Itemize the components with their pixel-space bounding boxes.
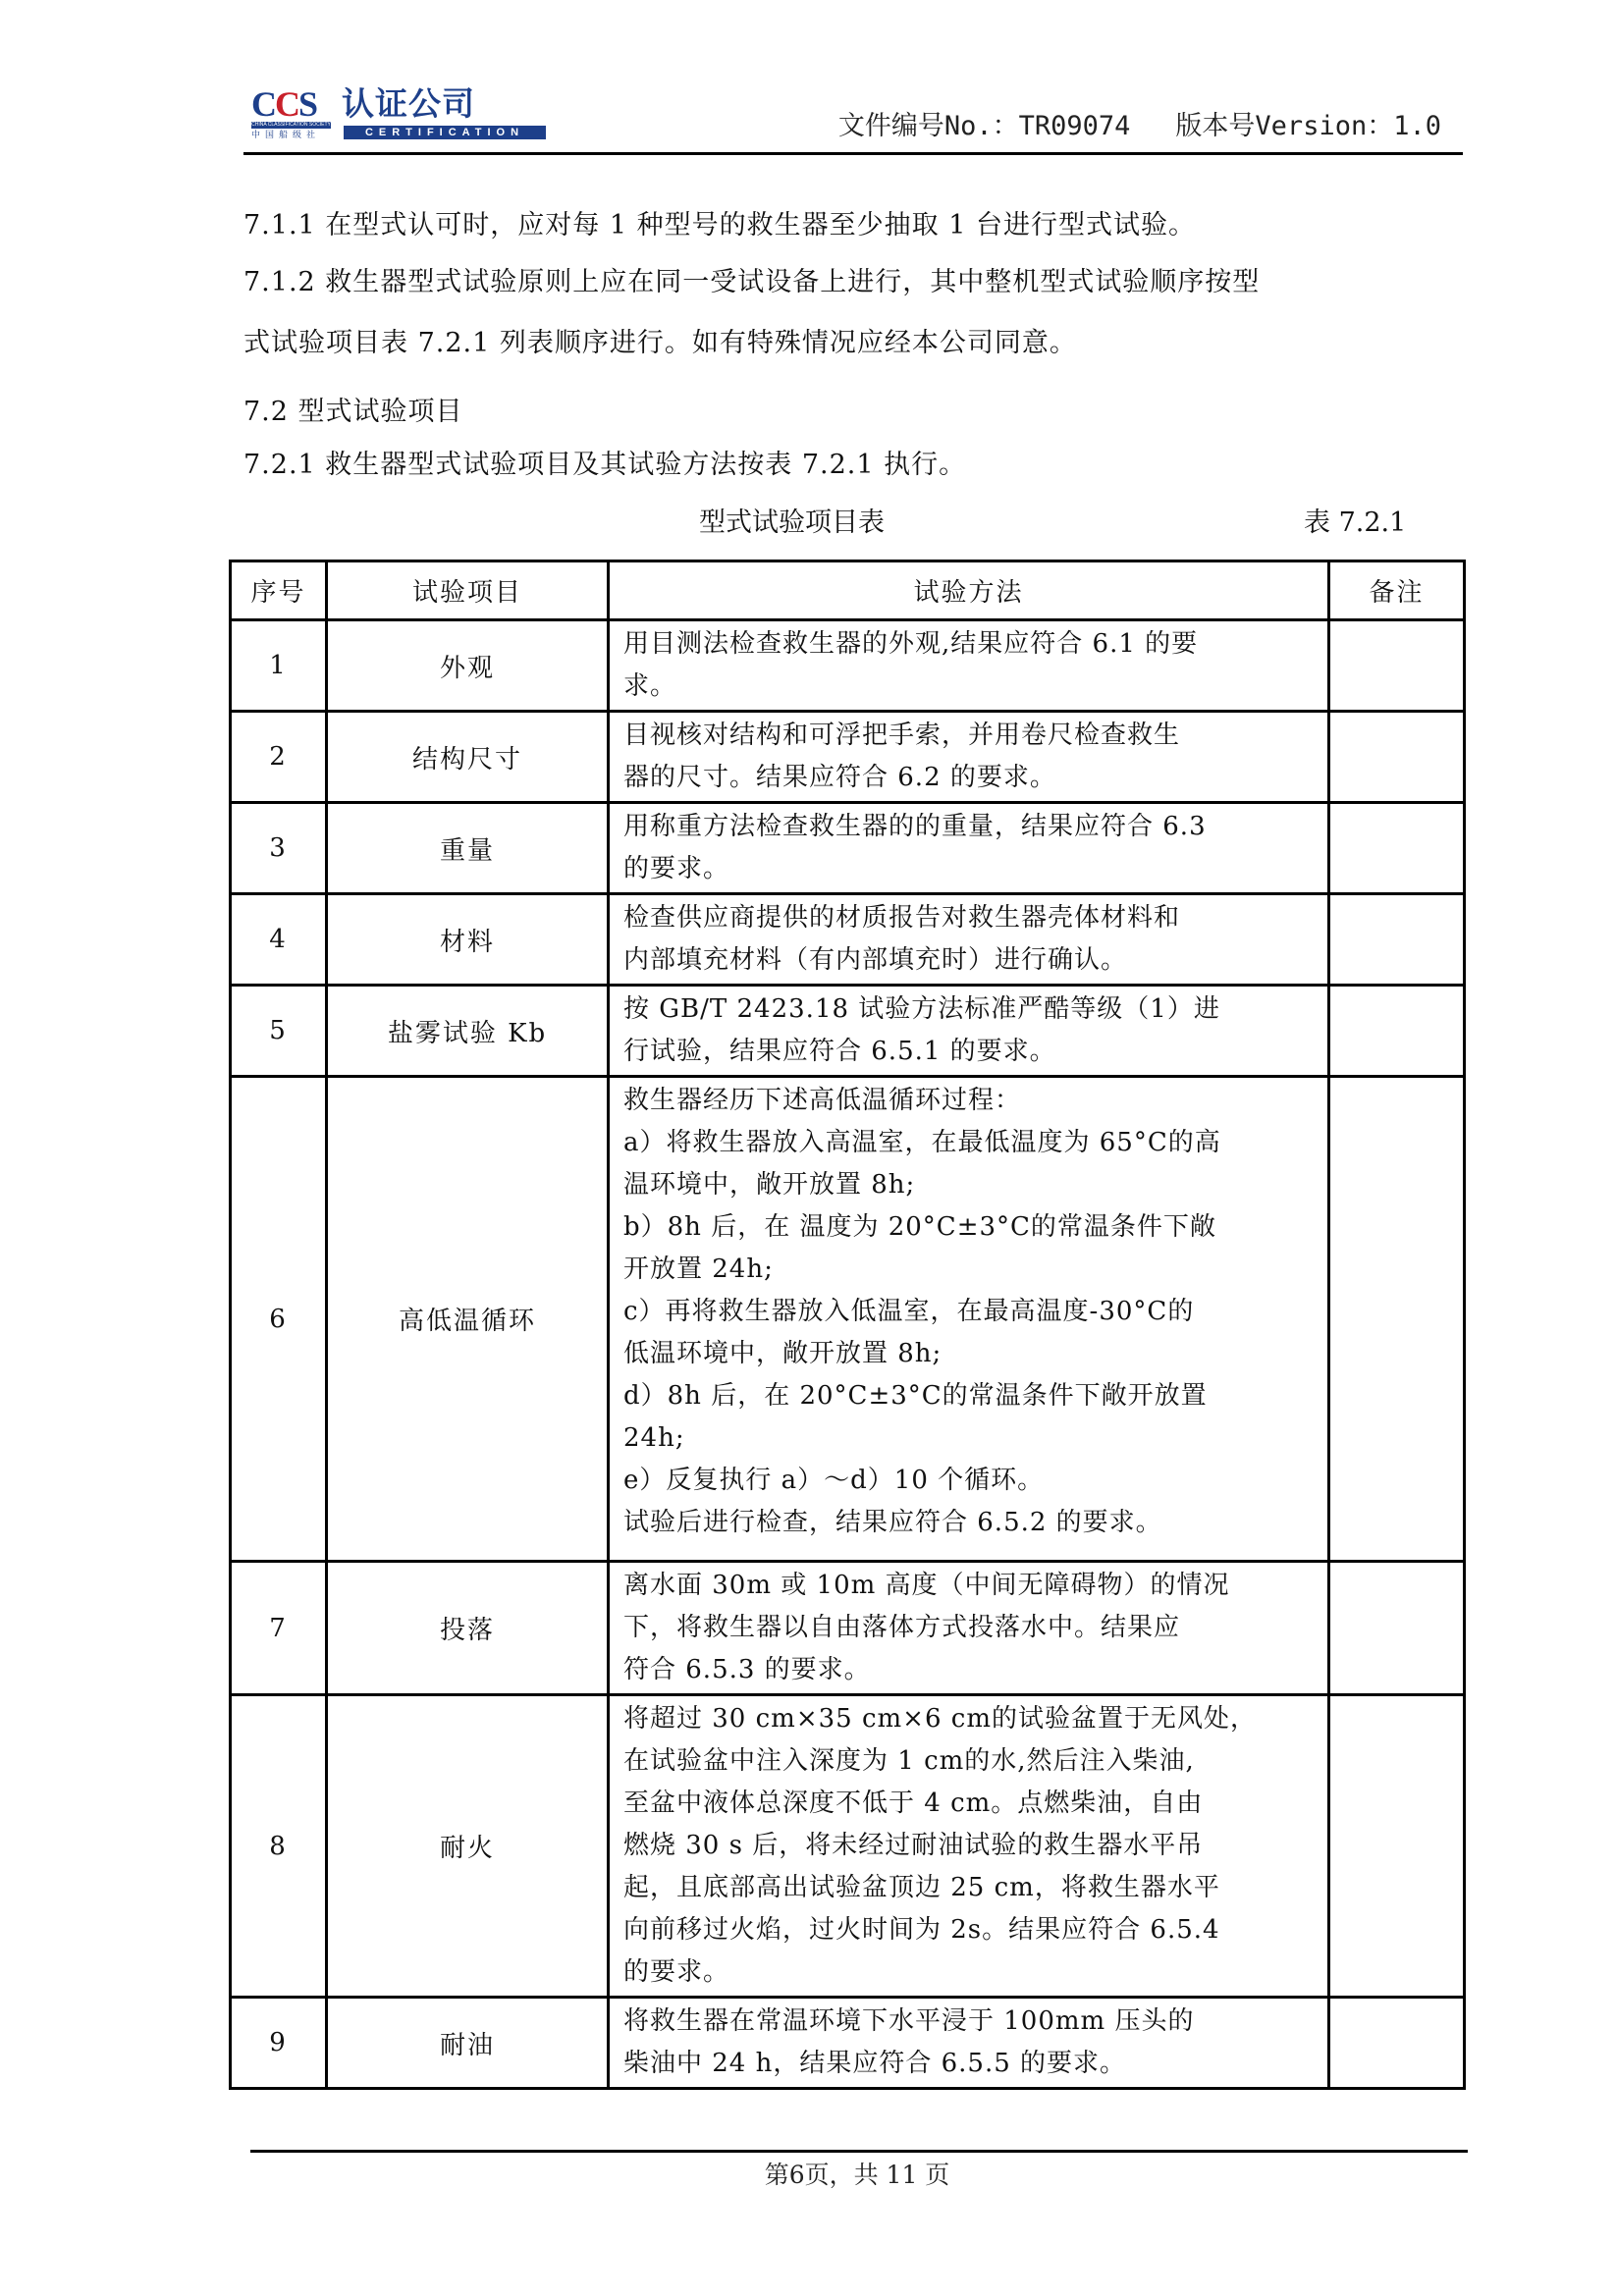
row-remark [1329, 712, 1465, 803]
row-no: 3 [231, 803, 327, 894]
type-test-items-table: 序号 试验项目 试验方法 备注 1 外观 用目测法检查救生器的外观,结果应符合 … [229, 560, 1466, 2090]
row-item: 耐油 [327, 1998, 609, 2089]
ccs-certification-logo: CCS CHINA CLASSIFICATION SOCIETY 中国船级社 认… [251, 86, 556, 145]
table-row: 8 耐火 将超过 30 cm×35 cm×6 cm的试验盆置于无风处， 在试验盆… [231, 1695, 1465, 1998]
document-meta: 文件编号No.：TR09074版本号Version：1.0 [838, 110, 1441, 143]
row-item: 盐雾试验 Kb [327, 986, 609, 1077]
row-remark [1329, 1998, 1465, 2089]
clause-7-1-1: 7.1.1 在型式认可时，应对每 1 种型号的救生器至少抽取 1 台进行型式试验… [243, 204, 1196, 247]
row-remark [1329, 1077, 1465, 1562]
header-divider [243, 152, 1463, 155]
doc-number: TR09074 [1019, 111, 1131, 141]
clause-7-2-1: 7.2.1 救生器型式试验项目及其试验方法按表 7.2.1 执行。 [243, 444, 966, 487]
row-item: 耐火 [327, 1695, 609, 1998]
section-heading-7-2: 7.2 型式试验项目 [243, 391, 463, 434]
row-remark [1329, 803, 1465, 894]
row-remark [1329, 1562, 1465, 1695]
row-item: 材料 [327, 894, 609, 986]
table-row: 2 结构尺寸 目视核对结构和可浮把手索，并用卷尺检查救生 器的尺寸。结果应符合 … [231, 712, 1465, 803]
table-title: 型式试验项目表 [699, 506, 885, 541]
table-row: 7 投落 离水面 30m 或 10m 高度（中间无障碍物）的情况 下，将救生器以… [231, 1562, 1465, 1695]
row-remark [1329, 986, 1465, 1077]
header-remark: 备注 [1329, 561, 1465, 620]
row-method: 将超过 30 cm×35 cm×6 cm的试验盆置于无风处， 在试验盆中注入深度… [609, 1695, 1329, 1998]
table-row: 3 重量 用称重方法检查救生器的的重量，结果应符合 6.3 的要求。 [231, 803, 1465, 894]
row-method: 将救生器在常温环境下水平浸于 100mm 压头的 柴油中 24 h，结果应符合 … [609, 1998, 1329, 2089]
row-no: 5 [231, 986, 327, 1077]
header-method: 试验方法 [609, 561, 1329, 620]
row-no: 8 [231, 1695, 327, 1998]
table-number: 表 7.2.1 [1304, 506, 1406, 541]
row-method: 用目测法检查救生器的外观,结果应符合 6.1 的要 求。 [609, 620, 1329, 712]
doc-number-label: 文件编号No.： [838, 111, 1019, 141]
logo-ccs-mark: CCS [251, 86, 316, 122]
version-label: 版本号Version： [1175, 111, 1393, 141]
row-no: 7 [231, 1562, 327, 1695]
row-method: 救生器经历下述高低温循环过程： a）将救生器放入高温室，在最低温度为 65°C的… [609, 1077, 1329, 1562]
table-row: 9 耐油 将救生器在常温环境下水平浸于 100mm 压头的 柴油中 24 h，结… [231, 1998, 1465, 2089]
logo-cert-en: CERTIFICATION [344, 126, 546, 139]
table-row: 4 材料 检查供应商提供的材质报告对救生器壳体材料和 内部填充材料（有内部填充时… [231, 894, 1465, 986]
version-number: 1.0 [1393, 111, 1441, 141]
row-method: 检查供应商提供的材质报告对救生器壳体材料和 内部填充材料（有内部填充时）进行确认… [609, 894, 1329, 986]
row-item: 高低温循环 [327, 1077, 609, 1562]
row-item: 外观 [327, 620, 609, 712]
header-item: 试验项目 [327, 561, 609, 620]
table-header-row: 序号 试验项目 试验方法 备注 [231, 561, 1465, 620]
row-method: 离水面 30m 或 10m 高度（中间无障碍物）的情况 下，将救生器以自由落体方… [609, 1562, 1329, 1695]
row-no: 2 [231, 712, 327, 803]
footer-divider [250, 2150, 1468, 2153]
row-item: 重量 [327, 803, 609, 894]
row-item: 投落 [327, 1562, 609, 1695]
row-method: 目视核对结构和可浮把手索，并用卷尺检查救生 器的尺寸。结果应符合 6.2 的要求… [609, 712, 1329, 803]
row-remark [1329, 894, 1465, 986]
row-no: 9 [231, 1998, 327, 2089]
table-row: 5 盐雾试验 Kb 按 GB/T 2423.18 试验方法标准严酷等级（1）进 … [231, 986, 1465, 1077]
logo-society-en: CHINA CLASSIFICATION SOCIETY [251, 122, 331, 129]
row-method: 按 GB/T 2423.18 试验方法标准严酷等级（1）进 行试验，结果应符合 … [609, 986, 1329, 1077]
row-no: 1 [231, 620, 327, 712]
table-row: 1 外观 用目测法检查救生器的外观,结果应符合 6.1 的要 求。 [231, 620, 1465, 712]
page-number: 第6页，共 11 页 [0, 2158, 1616, 2193]
row-remark [1329, 620, 1465, 712]
page-header: CCS CHINA CLASSIFICATION SOCIETY 中国船级社 认… [243, 80, 1463, 155]
clause-7-1-2-line2: 式试验项目表 7.2.1 列表顺序进行。如有特殊情况应经本公司同意。 [243, 322, 1077, 365]
table-row: 6 高低温循环 救生器经历下述高低温循环过程： a）将救生器放入高温室，在最低温… [231, 1077, 1465, 1562]
row-remark [1329, 1695, 1465, 1998]
logo-society-cn: 中国船级社 [251, 130, 320, 141]
row-no: 4 [231, 894, 327, 986]
row-no: 6 [231, 1077, 327, 1562]
clause-7-1-2-line1: 7.1.2 救生器型式试验原则上应在同一受试设备上进行，其中整机型式试验顺序按型 [243, 261, 1260, 304]
logo-cert-cn: 认证公司 [342, 86, 475, 122]
row-method: 用称重方法检查救生器的的重量，结果应符合 6.3 的要求。 [609, 803, 1329, 894]
row-item: 结构尺寸 [327, 712, 609, 803]
header-no: 序号 [231, 561, 327, 620]
